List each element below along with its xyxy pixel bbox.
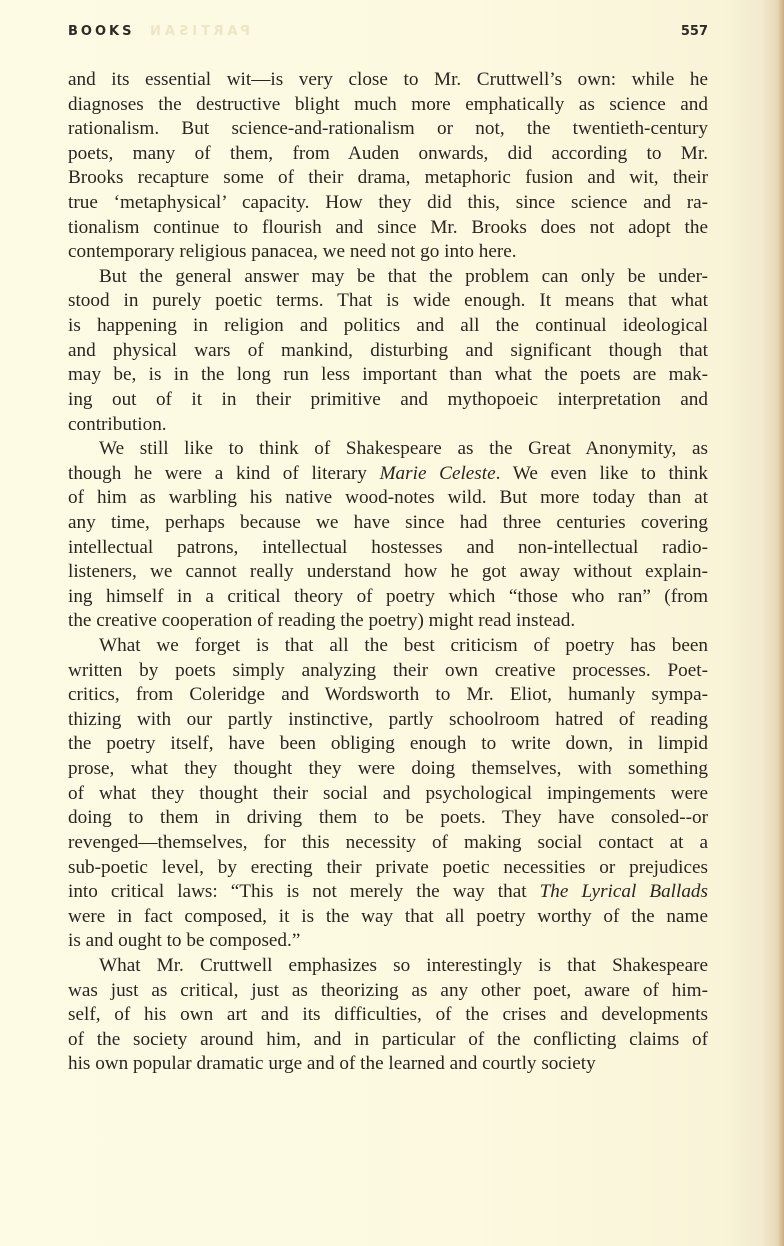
text-line: though he were a kind of literary Marie … [68,462,708,487]
text-line: tionalism continue to flourish and since… [68,216,708,241]
paragraph: But the general answer may be that the p… [68,265,708,437]
text-line: of him as warbling his native wood-notes… [68,486,708,511]
text-line: We still like to think of Shakespeare as… [68,437,708,462]
text-line: What Mr. Cruttwell emphasizes so interes… [68,954,708,979]
text-line: any time, perhaps because we have since … [68,511,708,536]
text-line: contemporary religious panacea, we need … [68,240,708,265]
text-line: listeners, we cannot really understand h… [68,560,708,585]
text-line: rationalism. But science-and-rationalism… [68,117,708,142]
paragraph: What Mr. Cruttwell emphasizes so interes… [68,954,708,1077]
text-line: and physical wars of mankind, disturbing… [68,339,708,364]
italic-title: The Lyrical Ballads [540,881,708,902]
text-line: What we forget is that all the best crit… [68,634,708,659]
text-line: his own popular dramatic urge and of the… [68,1052,708,1077]
running-head: BOOKS PARTISAN 557 [68,24,708,46]
text-line: poets, many of them, from Auden onwards,… [68,142,708,167]
text-line: self, of his own art and its difficultie… [68,1003,708,1028]
text-line: of what they thought their social and ps… [68,782,708,807]
italic-title: Marie Celeste [380,463,496,484]
text-line: true ‘metaphysical’ capacity. How they d… [68,191,708,216]
text-line: critics, from Coleridge and Wordsworth t… [68,683,708,708]
text-line: ing himself in a critical theory of poet… [68,585,708,610]
text-line: is and ought to be composed.” [68,929,708,954]
paragraph: What we forget is that all the best crit… [68,634,708,954]
text-line: ing out of it in their primitive and myt… [68,388,708,413]
text-line: written by poets simply analyzing their … [68,659,708,684]
body-text: and its essential wit—is very close to M… [68,68,708,1077]
text-line: and its essential wit—is very close to M… [68,68,708,93]
rich-paragraphs: We still like to think of Shakespeare as… [68,437,708,1077]
text-line: intellectual patrons, intellectual hoste… [68,536,708,561]
text-line: may be, is in the long run less importan… [68,363,708,388]
text-line: sub-poetic level, by erecting their priv… [68,856,708,881]
page-number: 557 [681,24,708,39]
paragraph: We still like to think of Shakespeare as… [68,437,708,634]
text-line: was just as critical, just as theorizing… [68,979,708,1004]
section-title: BOOKS [68,24,134,39]
paragraph: and its essential wit—is very close to M… [68,68,708,265]
text-line: doing to them in driving them to be poet… [68,806,708,831]
text-line: of the society around him, and in partic… [68,1028,708,1053]
text-line: But the general answer may be that the p… [68,265,708,290]
text-line: prose, what they thought they were doing… [68,757,708,782]
show-through-text: PARTISAN [146,24,250,39]
text-line: diagnoses the destructive blight much mo… [68,93,708,118]
text-line: the creative cooperation of reading the … [68,609,708,634]
text-line: contribution. [68,413,708,438]
book-page: BOOKS PARTISAN 557 and its essential wit… [0,0,784,1246]
text-line: thizing with our partly instinctive, par… [68,708,708,733]
text-line: revenged—themselves, for this necessity … [68,831,708,856]
page-edge-shadow [778,0,784,1246]
text-line: is happening in religion and politics an… [68,314,708,339]
text-line: the poetry itself, have been obliging en… [68,732,708,757]
text-line: stood in purely poetic terms. That is wi… [68,289,708,314]
text-line: into critical laws: “This is not merely … [68,880,708,905]
text-line: were in fact composed, it is the way tha… [68,905,708,930]
text-line: Brooks recapture some of their drama, me… [68,166,708,191]
